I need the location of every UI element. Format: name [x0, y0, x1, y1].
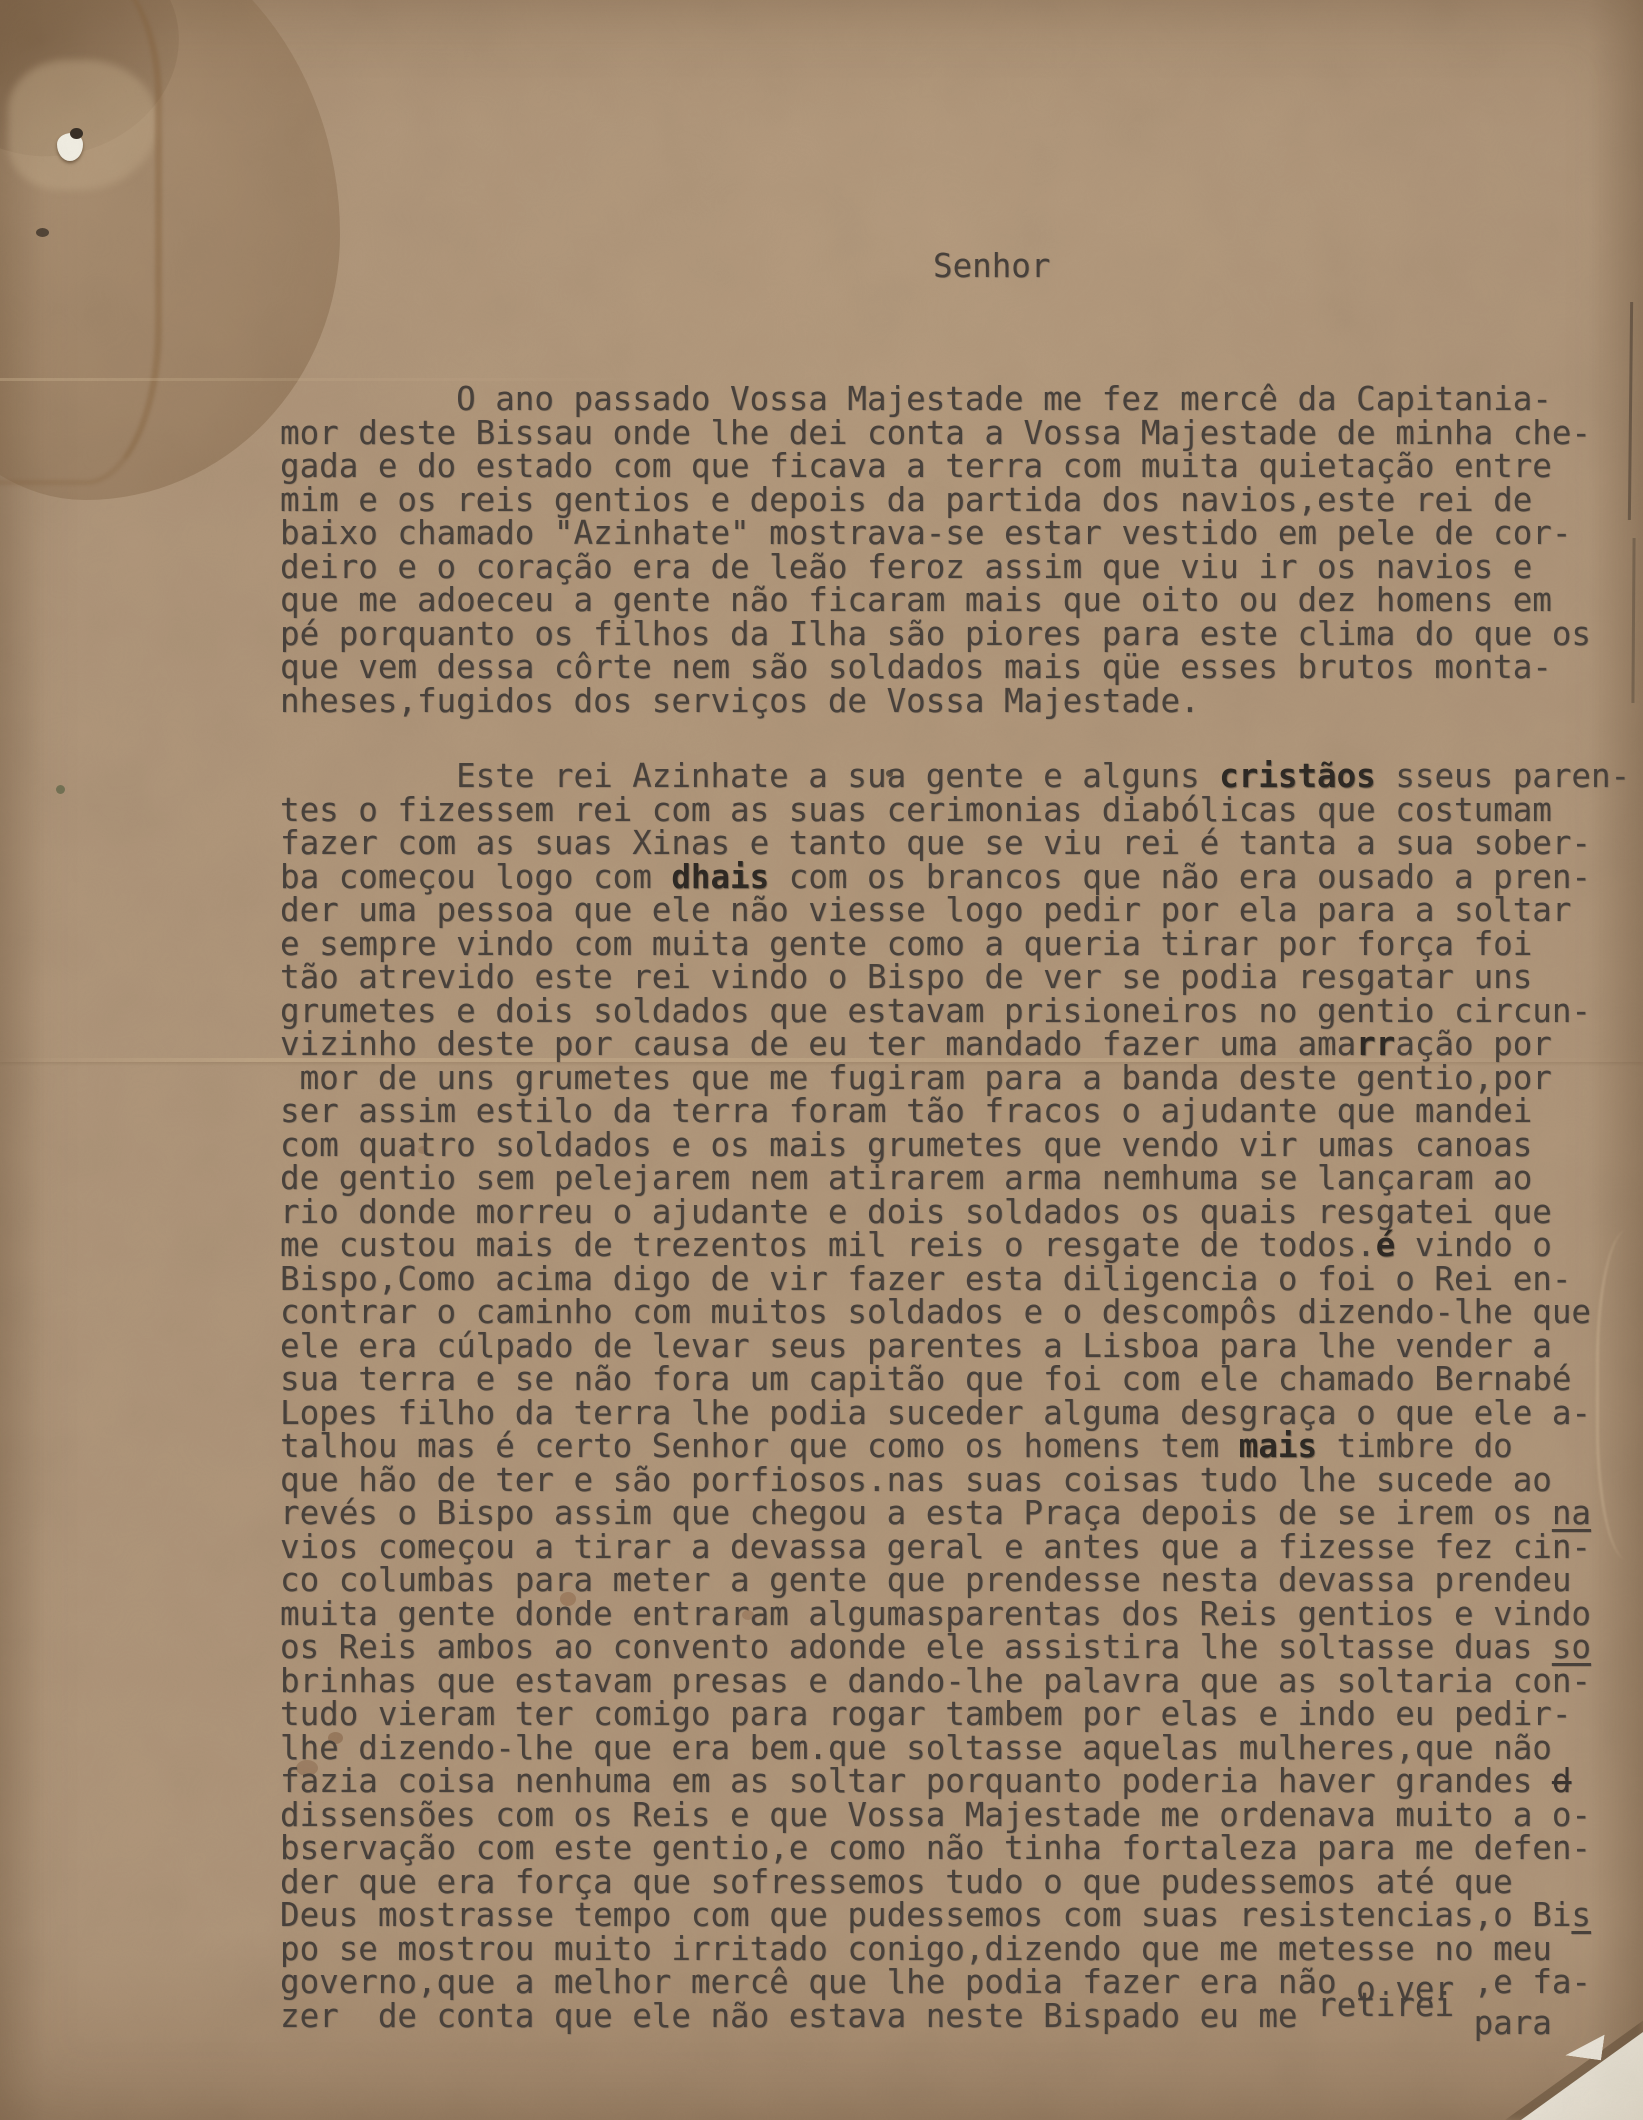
text-line: brinhas que estavam presas e dando-lhe p… [280, 1665, 1630, 1699]
paragraph: Este rei Azinhate a sua gente e alguns c… [280, 760, 1630, 2033]
text-line: mor deste Bissau onde lhe dei conta a Vo… [280, 417, 1630, 451]
text-line: que me adoeceu a gente não ficaram mais … [280, 584, 1630, 618]
text-line: Este rei Azinhate a sua gente e alguns c… [280, 760, 1630, 794]
text-line: zer de conta que ele não estava neste Bi… [280, 2000, 1630, 2034]
ink-speck [56, 785, 65, 794]
letter-salutation: Senhor [933, 249, 1050, 283]
text-line: que vem dessa côrte nem são soldados mai… [280, 651, 1630, 685]
text-line: rio donde morreu o ajudante e dois solda… [280, 1196, 1630, 1230]
text-line: sua terra e se não fora um capitão que f… [280, 1363, 1630, 1397]
text-line: me custou mais de trezentos mil reis o r… [280, 1229, 1630, 1263]
paper-hole-shadow [70, 128, 83, 139]
text-line: po se mostrou muito irritado conigo,dize… [280, 1933, 1630, 1967]
text-line: pé porquanto os filhos da Ilha são piore… [280, 618, 1630, 652]
letter-body: O ano passado Vossa Majestade me fez mer… [280, 383, 1630, 2033]
text-line: vizinho deste por causa de eu ter mandad… [280, 1028, 1630, 1062]
text-line: revés o Bispo assim que chegou a esta Pr… [280, 1497, 1630, 1531]
text-line: der que era força que sofressemos tudo o… [280, 1866, 1630, 1900]
text-line: Bispo,Como acima digo de vir fazer esta … [280, 1263, 1630, 1297]
text-line: fazia coisa nenhuma em as soltar porquan… [280, 1765, 1630, 1799]
text-line: ser assim estilo da terra foram tão frac… [280, 1095, 1630, 1129]
text-line: muita gente donde entraram algumasparent… [280, 1598, 1630, 1632]
text-line: talhou mas é certo Senhor que como os ho… [280, 1430, 1630, 1464]
text-line: Deus mostrasse tempo com que pudessemos … [280, 1899, 1630, 1933]
text-line: ele era cúlpado de levar seus parentes a… [280, 1330, 1630, 1364]
text-line: tudo vieram ter comigo para rogar tambem… [280, 1698, 1630, 1732]
text-line: tes o fizessem rei com as suas cerimonia… [280, 794, 1630, 828]
text-line: co columbas para meter a gente que prend… [280, 1564, 1630, 1598]
text-line: que hão de ter e são porfiosos.nas suas … [280, 1464, 1630, 1498]
corner-fold-notch [1565, 2030, 1604, 2061]
text-line: bservação com este gentio,e como não tin… [280, 1832, 1630, 1866]
text-line: com quatro soldados e os mais grumetes q… [280, 1129, 1630, 1163]
ink-speck [36, 228, 49, 237]
text-line: fazer com as suas Xinas e tanto que se v… [280, 827, 1630, 861]
text-line: Lopes filho da terra lhe podia suceder a… [280, 1397, 1630, 1431]
text-line: ba começou logo com dhais com os brancos… [280, 861, 1630, 895]
text-line: deiro e o coração era de leão feroz assi… [280, 551, 1630, 585]
text-line: tão atrevido este rei vindo o Bispo de v… [280, 961, 1630, 995]
text-line: e sempre vindo com muita gente como a qu… [280, 928, 1630, 962]
text-line: baixo chamado "Azinhate" mostrava-se est… [280, 517, 1630, 551]
stain-edge-line [0, 0, 162, 485]
text-line: grumetes e dois soldados que estavam pri… [280, 995, 1630, 1029]
text-line: mor de uns grumetes que me fugiram para … [280, 1062, 1630, 1096]
text-line: os Reis ambos ao convento adonde ele ass… [280, 1631, 1630, 1665]
text-line: mim e os reis gentios e depois da partid… [280, 484, 1630, 518]
scanned-letter-page: Senhor O ano passado Vossa Majestade me … [0, 0, 1643, 2120]
text-line: der uma pessoa que ele não viesse logo p… [280, 894, 1630, 928]
page-edge-mark [1631, 538, 1635, 703]
text-line: contrar o caminho com muitos soldados e … [280, 1296, 1630, 1330]
text-line: dissensões com os Reis e que Vossa Majes… [280, 1799, 1630, 1833]
text-line: lhe dizendo-lhe que era bem.que soltasse… [280, 1732, 1630, 1766]
text-line: vios começou a tirar a devassa geral e a… [280, 1531, 1630, 1565]
text-line: O ano passado Vossa Majestade me fez mer… [280, 383, 1630, 417]
text-line: de gentio sem pelejarem nem atirarem arm… [280, 1162, 1630, 1196]
text-line: gada e do estado com que ficava a terra … [280, 450, 1630, 484]
paragraph: O ano passado Vossa Majestade me fez mer… [280, 383, 1630, 718]
text-line: nheses,fugidos dos serviços de Vossa Maj… [280, 685, 1630, 719]
